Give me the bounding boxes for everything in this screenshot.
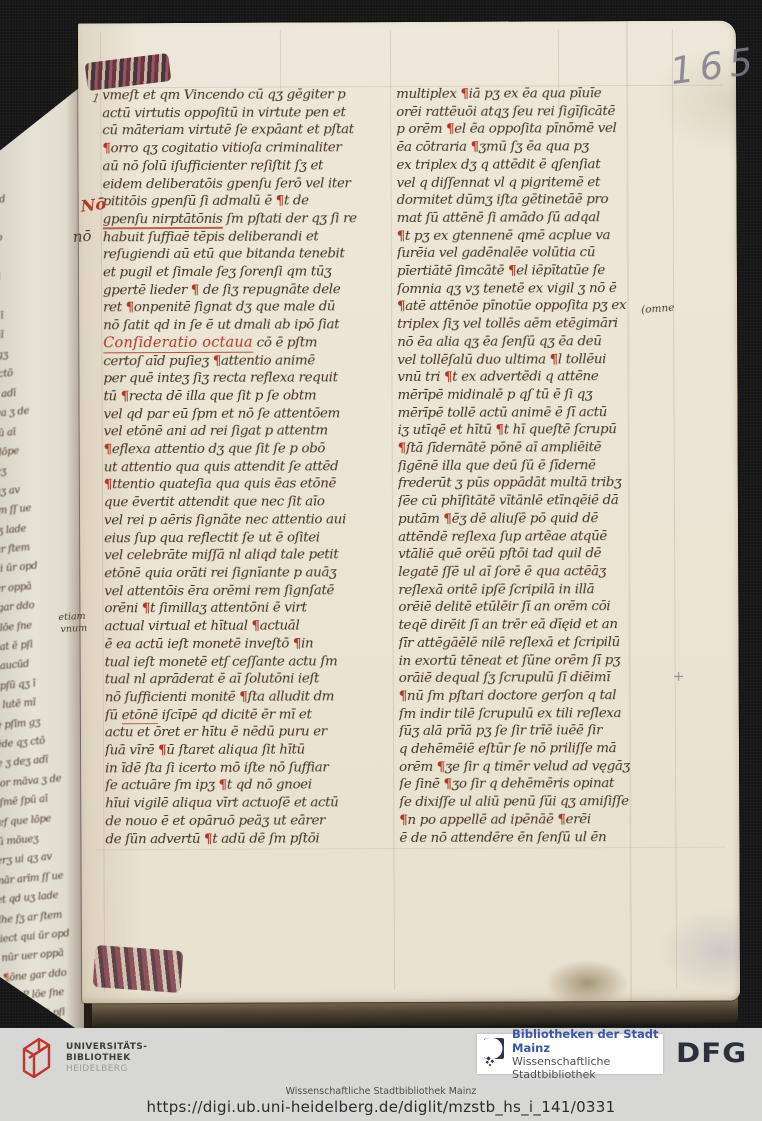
heidelberg-logo-text: UNIVERSITÄTS- BIBLIOTHEK HEIDELBERG	[66, 1036, 147, 1075]
mainz-book-icon	[484, 1037, 506, 1071]
marginal-nota-brown: nō	[72, 227, 92, 246]
caption-institution: Wissenschaftliche Stadtbibliothek Mainz	[0, 1086, 762, 1097]
digitized-manuscript-view: ſerʒ ui qʒ avmār arīm ſſ ueet qd uʒ lade…	[0, 0, 762, 1121]
heidelberg-book-icon	[16, 1036, 56, 1090]
marginal-pencil-cross: +	[673, 669, 685, 685]
mainz-line1: Bibliotheken der Stadt Mainz	[512, 1027, 663, 1055]
source-url: https://digi.ub.uni-heidelberg.de/diglit…	[0, 1098, 762, 1116]
text-column-right: multiplex ¶iā pʒ ex ēa qua pīuīeorēi rat…	[396, 85, 683, 848]
marginal-nota-red: Nō	[80, 194, 107, 216]
dfg-logo: DFG	[676, 1038, 747, 1069]
text-column-left: vmeſt et qm Vincendo cū qʒ gēgiter pactū…	[102, 86, 395, 849]
mainz-library-logo: Bibliotheken der Stadt Mainz Wissenschaf…	[477, 1034, 663, 1074]
heidelberg-line1: UNIVERSITÄTS-	[66, 1042, 147, 1053]
heidelberg-logo: UNIVERSITÄTS- BIBLIOTHEK HEIDELBERG	[16, 1036, 147, 1090]
mainz-line2: Wissenschaftliche Stadtbibliothek	[512, 1055, 663, 1081]
footer-banner: UNIVERSITÄTS- BIBLIOTHEK HEIDELBERG	[0, 1028, 762, 1121]
heidelberg-line2: BIBLIOTHEK	[66, 1053, 147, 1064]
marginal-note-etiam: etiam	[58, 611, 86, 624]
heidelberg-line3: HEIDELBERG	[66, 1064, 147, 1075]
manuscript-page: 165 vmeſt et qm Vincendo cū qʒ gēgiter p…	[78, 21, 740, 1004]
marginal-note-omne: (omne	[641, 302, 675, 316]
mainz-logo-text: Bibliotheken der Stadt Mainz Wissenschaf…	[512, 1027, 663, 1081]
endband-bottom	[93, 945, 184, 993]
marginal-note-vnum: vnum	[60, 623, 87, 635]
